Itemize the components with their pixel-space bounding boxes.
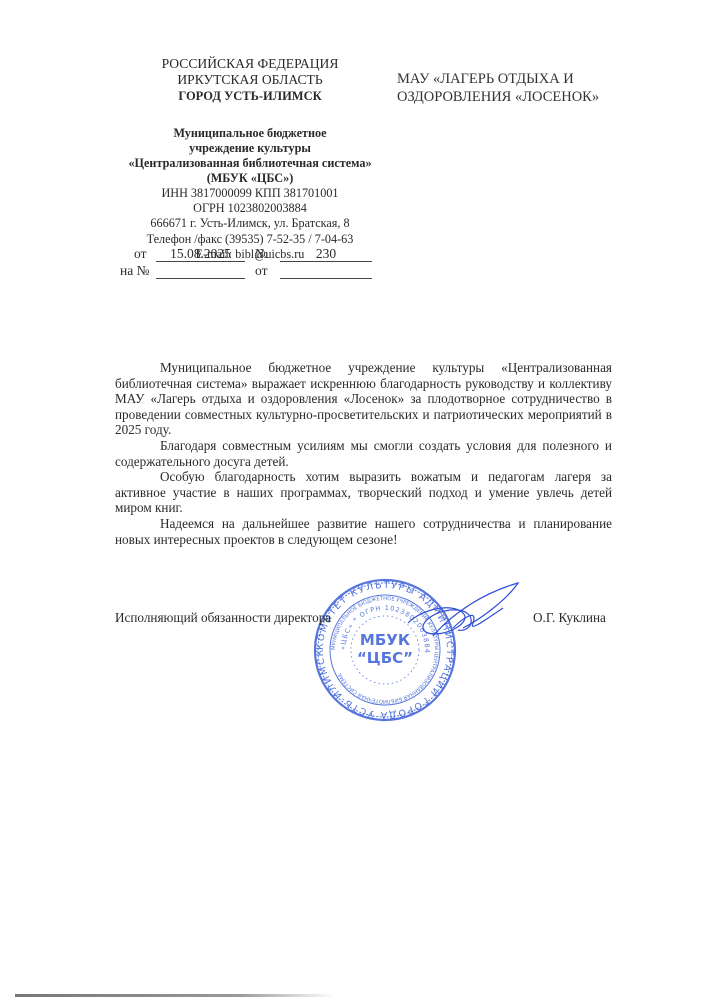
number-label: № [255,246,268,262]
recipient-line: ОЗДОРОВЛЕНИЯ «ЛОСЕНОК» [397,88,599,106]
sender-org-line: «Централизованная библиотечная система» [100,156,400,171]
reply-label: на № [120,263,149,279]
sender-detail: Телефон /факс (39535) 7-52-35 / 7-04-63 [100,232,400,247]
sender-org-line: учреждение культуры [100,141,400,156]
outgoing-number: 230 [280,246,372,262]
stamp-icon: КОМИТЕТ КУЛЬТУРЫ АДМИНИСТРАЦИИ ГОРОДА УС… [313,578,533,728]
scan-edge-line [15,994,335,997]
recipient-block: МАУ «ЛАГЕРЬ ОТДЫХА И ОЗДОРОВЛЕНИЯ «ЛОСЕН… [397,70,599,106]
sender-detail: ОГРН 1023802003884 [100,201,400,216]
outgoing-date: 15.08.2025 [156,246,245,262]
sender-region: ИРКУТСКАЯ ОБЛАСТЬ [100,72,400,88]
official-stamp: КОМИТЕТ КУЛЬТУРЫ АДМИНИСТРАЦИИ ГОРОДА УС… [313,578,533,733]
letter-body: Муниципальное бюджетное учреждение культ… [115,360,612,547]
sender-detail: 666671 г. Усть-Илимск, ул. Братская, 8 [100,216,400,231]
registration-block: от 15.08.2025 № 230 на № от [100,246,400,280]
from-label: от [134,246,146,262]
sender-header: РОССИЙСКАЯ ФЕДЕРАЦИЯ ИРКУТСКАЯ ОБЛАСТЬ Г… [100,56,400,262]
recipient-line: МАУ «ЛАГЕРЬ ОТДЫХА И [397,70,599,88]
body-paragraph: Надеемся на дальнейшее развитие нашего с… [115,516,612,547]
signatory-name: О.Г. Куклина [533,610,606,626]
sender-country: РОССИЙСКАЯ ФЕДЕРАЦИЯ [100,56,400,72]
stamp-center-text: “ЦБС” [357,649,413,667]
sender-org-line: (МБУК «ЦБС») [100,171,400,186]
body-paragraph: Благодаря совместным усилиям мы смогли с… [115,438,612,469]
body-paragraph: Особую благодарность хотим выразить вожа… [115,469,612,516]
sender-city: ГОРОД УСТЬ-ИЛИМСК [100,88,400,104]
stamp-center-text: МБУК [360,631,411,649]
reply-date [280,263,372,279]
sender-detail: ИНН 3817000099 КПП 381701001 [100,186,400,201]
reply-number [156,263,245,279]
reply-from-label: от [255,263,267,279]
body-paragraph: Муниципальное бюджетное учреждение культ… [115,360,612,438]
signatory-title: Исполняющий обязанности директора [115,610,331,626]
sender-org-line: Муниципальное бюджетное [100,126,400,141]
